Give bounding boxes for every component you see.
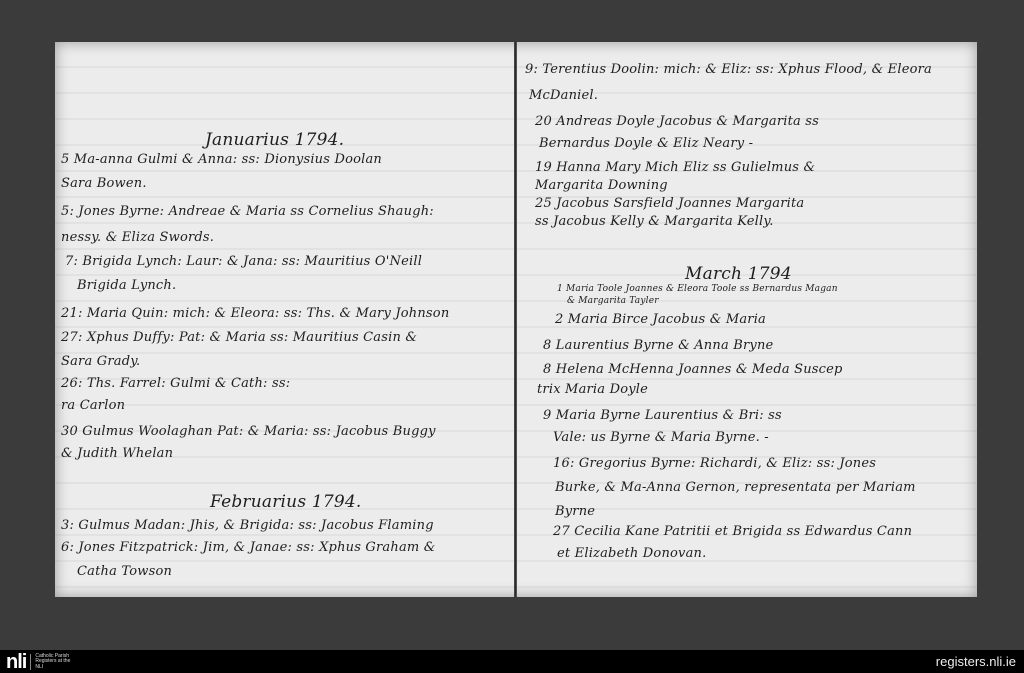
register-scan[interactable]: Januarius 1794. 5 Ma-anna Gulmi & Anna: … [55, 42, 977, 597]
entry-line: 2 Maria Birce Jacobus & Maria [555, 312, 766, 327]
entry-line: 16: Gregorius Byrne: Richardi, & Eliz: s… [553, 456, 876, 471]
left-page: Januarius 1794. 5 Ma-anna Gulmi & Anna: … [55, 42, 515, 597]
month-heading-january: Januarius 1794. [205, 130, 344, 150]
entry-line: 9: Terentius Doolin: mich: & Eliz: ss: X… [525, 62, 932, 77]
entry-line: Burke, & Ma-Anna Gernon, representata pe… [555, 480, 916, 495]
footer-bar: nli Catholic Parish Registers at the NLI… [0, 650, 1024, 673]
entry-line: 26: Ths. Farrel: Gulmi & Cath: ss: [61, 376, 290, 391]
entry-line: Brigida Lynch. [77, 278, 176, 293]
entry-line: 25 Jacobus Sarsfield Joannes Margarita [535, 196, 804, 211]
entry-line: Sara Bowen. [61, 176, 147, 191]
entry-line: McDaniel. [529, 88, 598, 103]
entry-line: ss Jacobus Kelly & Margarita Kelly. [535, 214, 774, 229]
entry-line: & Judith Whelan [61, 446, 173, 461]
entry-line: 27: Xphus Duffy: Pat: & Maria ss: Maurit… [61, 330, 417, 345]
entry-line: & Margarita Tayler [567, 296, 659, 306]
entry-line: Sara Grady. [61, 354, 140, 369]
entry-line: trix Maria Doyle [537, 382, 648, 397]
month-heading-february: Februarius 1794. [210, 492, 362, 512]
entry-line: 7: Brigida Lynch: Laur: & Jana: ss: Maur… [65, 254, 422, 269]
nli-logo[interactable]: nli Catholic Parish Registers at the NLI [6, 653, 75, 671]
entry-line: 5 Ma-anna Gulmi & Anna: ss: Dionysius Do… [61, 152, 382, 167]
entry-line: Margarita Downing [535, 178, 668, 193]
entry-line: 1 Maria Toole Joannes & Eleora Toole ss … [557, 284, 838, 294]
right-page: 9: Terentius Doolin: mich: & Eliz: ss: X… [517, 42, 977, 597]
image-viewer[interactable]: Januarius 1794. 5 Ma-anna Gulmi & Anna: … [0, 0, 1024, 650]
nli-logo-mark: nli [6, 653, 26, 671]
logo-caption: Catholic Parish Registers at the NLI [35, 654, 75, 671]
entry-line: Catha Towson [77, 564, 172, 579]
entry-line: 6: Jones Fitzpatrick: Jim, & Janae: ss: … [61, 540, 436, 555]
site-link[interactable]: registers.nli.ie [936, 654, 1016, 669]
entry-line: Vale: us Byrne & Maria Byrne. - [553, 430, 769, 445]
entry-line: Byrne [555, 504, 595, 519]
entry-line: 9 Maria Byrne Laurentius & Bri: ss [543, 408, 782, 423]
entry-line: 3: Gulmus Madan: Jhis, & Brigida: ss: Ja… [61, 518, 434, 533]
entry-line: ra Carlon [61, 398, 125, 413]
entry-line: et Elizabeth Donovan. [557, 546, 706, 561]
entry-line: 20 Andreas Doyle Jacobus & Margarita ss [535, 114, 819, 129]
logo-divider [30, 654, 31, 670]
entry-line: 5: Jones Byrne: Andreae & Maria ss Corne… [61, 204, 434, 219]
entry-line: 8 Helena McHenna Joannes & Meda Suscep [543, 362, 843, 377]
entry-line: 30 Gulmus Woolaghan Pat: & Maria: ss: Ja… [61, 424, 436, 439]
month-heading-march: March 1794 [685, 264, 792, 284]
entry-line: 21: Maria Quin: mich: & Eleora: ss: Ths.… [61, 306, 449, 321]
entry-line: 27 Cecilia Kane Patritii et Brigida ss E… [553, 524, 912, 539]
entry-line: nessy. & Eliza Swords. [61, 230, 214, 245]
entry-line: Bernardus Doyle & Eliz Neary - [539, 136, 753, 151]
entry-line: 8 Laurentius Byrne & Anna Bryne [543, 338, 773, 353]
entry-line: 19 Hanna Mary Mich Eliz ss Gulielmus & [535, 160, 815, 175]
